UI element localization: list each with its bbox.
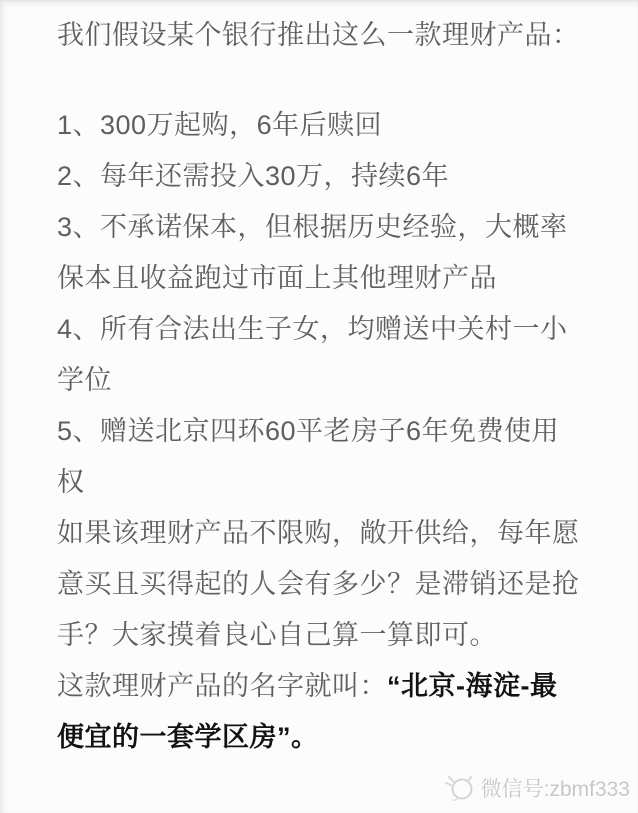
conclusion-paragraph: 这款理财产品的名字就叫：“北京-海淀-最便宜的一套学区房”。 [57, 661, 581, 763]
article-content: 我们假设某个银行推出这么一款理财产品： 1、300万起购，6年后赎回 2、每年还… [0, 0, 638, 763]
intro-paragraph: 我们假设某个银行推出这么一款理财产品： [57, 10, 581, 61]
term-item-1: 1、300万起购，6年后赎回 [57, 100, 581, 151]
term-item-5: 5、赠送北京四环60平老房子6年免费使用权 [57, 406, 581, 508]
watermark-label: 微信号:zbmf333 [481, 773, 630, 803]
mascot-icon [444, 773, 476, 803]
question-paragraph: 如果该理财产品不限购，敞开供给，每年愿意买且买得起的人会有多少？是滞销还是抢手？… [57, 508, 581, 661]
watermark: 微信号:zbmf333 [444, 773, 630, 803]
product-terms-list: 1、300万起购，6年后赎回 2、每年还需投入30万，持续6年 3、不承诺保本，… [57, 100, 581, 508]
conclusion-prefix: 这款理财产品的名字就叫： [57, 671, 387, 701]
article-page: 我们假设某个银行推出这么一款理财产品： 1、300万起购，6年后赎回 2、每年还… [0, 0, 638, 813]
term-item-3: 3、不承诺保本，但根据历史经验，大概率保本且收益跑过市面上其他理财产品 [57, 202, 581, 304]
term-item-2: 2、每年还需投入30万，持续6年 [57, 151, 581, 202]
term-item-4: 4、所有合法出生子女，均赠送中关村一小学位 [57, 304, 581, 406]
